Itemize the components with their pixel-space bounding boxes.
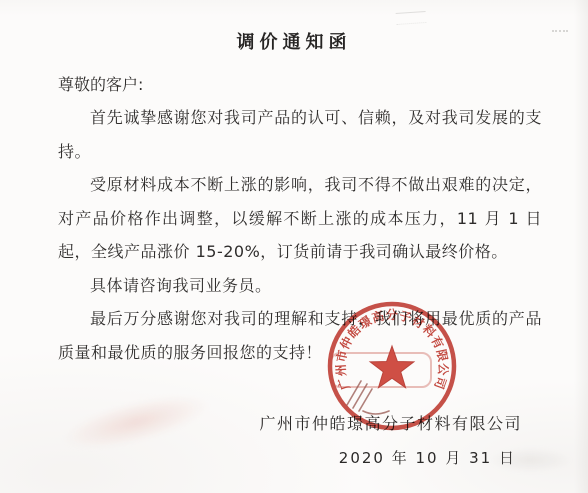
letter-body: 尊敬的客户: 首先诚挚感谢您对我司产品的认可、信赖，及对我司发展的支持。 受原材… xyxy=(0,54,588,369)
signature-date: 2020 年 10 月 31 日 xyxy=(0,447,516,468)
paragraph: 受原材料成本不断上涨的影响，我司不得不做出艰难的决定，对产品价格作出调整，以缓解… xyxy=(58,168,542,269)
company-seal: 广州市仲皓璟高分子材料有限公司 xyxy=(317,293,467,443)
paragraph: 最后万分感谢您对我司的理解和支持，我们将用最优质的产品质量和最优质的服务回报您的… xyxy=(58,302,542,369)
signature-block: 广州市仲皓璟高分子材料有限公司 2020 年 10 月 31 日 xyxy=(0,411,588,468)
paragraph: 具体请咨询我司业务员。 xyxy=(58,269,542,303)
scan-artifact xyxy=(396,11,427,25)
page-title: 调价通知函 xyxy=(0,0,588,54)
signature-scribble xyxy=(347,381,389,414)
salutation: 尊敬的客户: xyxy=(58,68,542,101)
scan-artifact xyxy=(552,30,568,32)
scanned-letter-page: 调价通知函 尊敬的客户: 首先诚挚感谢您对我司产品的认可、信赖，及对我司发展的支… xyxy=(0,0,588,493)
paragraph: 首先诚挚感谢您对我司产品的认可、信赖，及对我司发展的支持。 xyxy=(58,101,542,168)
